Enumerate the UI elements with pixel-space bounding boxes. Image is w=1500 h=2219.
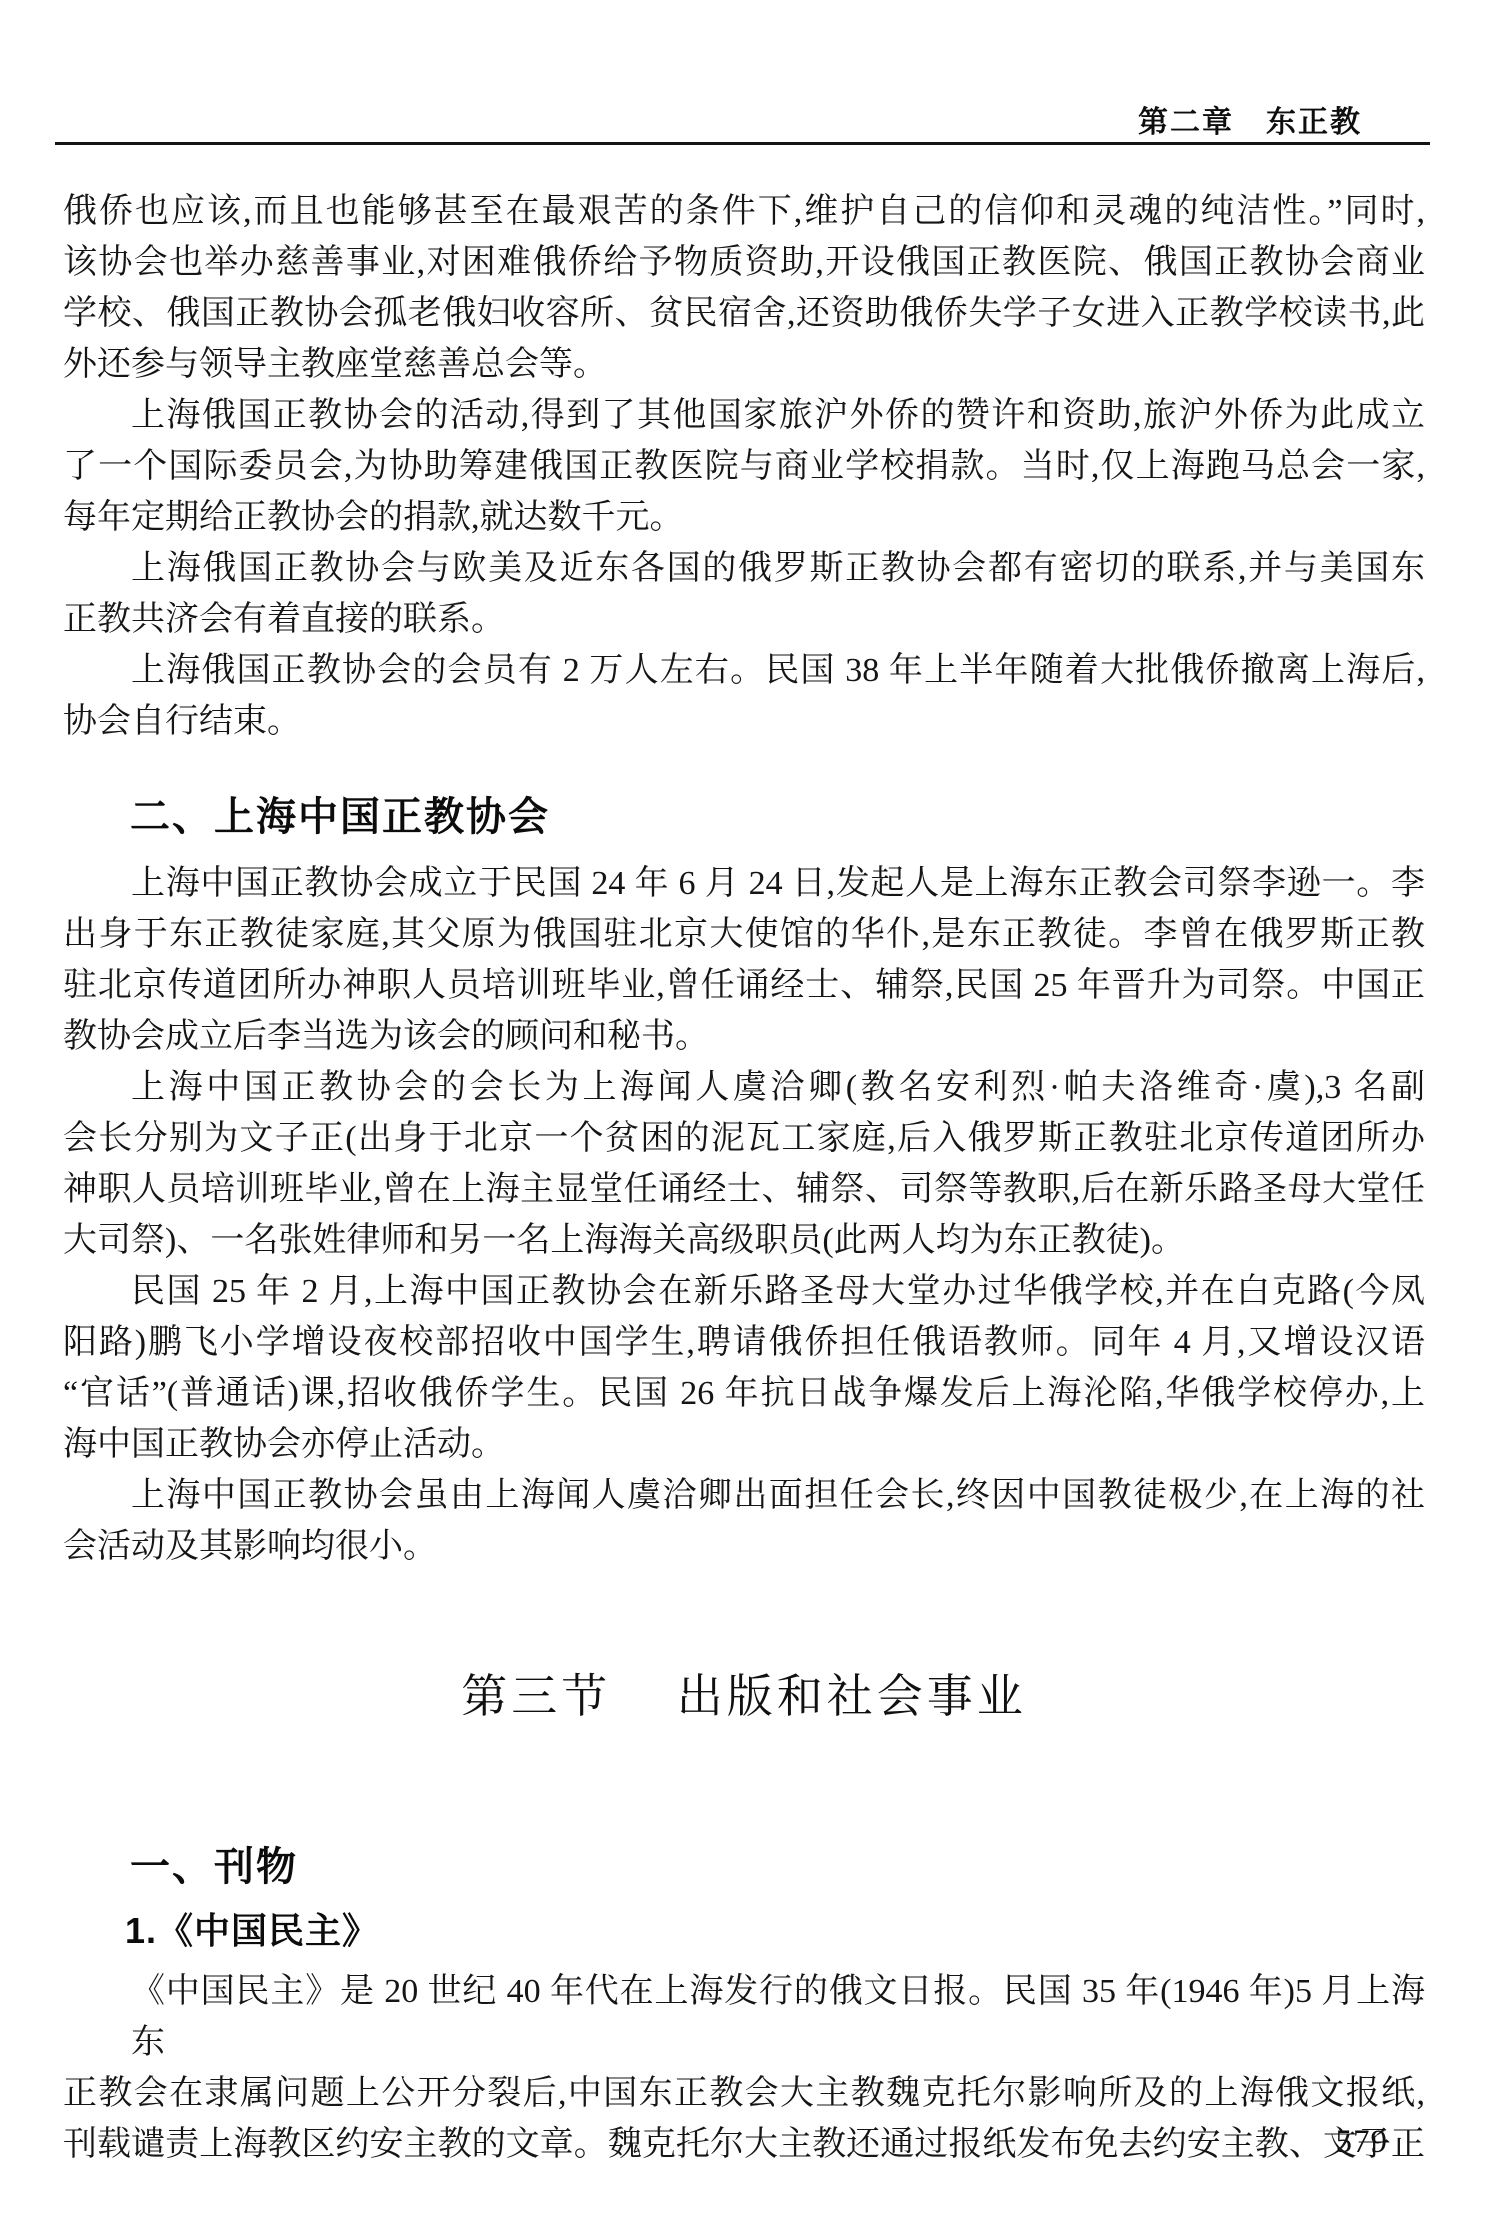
body-line: “官话”(普通话)课,招收俄侨学生。民国 26 年抗日战争爆发后上海沦陷,华俄学… — [63, 1368, 1425, 1419]
body-line: 刊载谴责上海教区约安主教的文章。魏克托尔大主教还通过报纸发布免去约安主教、文子正 — [63, 2119, 1425, 2170]
page-number: 579 — [1336, 2124, 1389, 2161]
body-line: 上海中国正教协会虽由上海闻人虞洽卿出面担任会长,终因中国教徒极少,在上海的社 — [63, 1470, 1425, 1521]
body-line: 学校、俄国正教协会孤老俄妇收容所、贫民宿舍,还资助俄侨失学子女进入正教学校读书,… — [63, 288, 1425, 339]
content: 俄侨也应该,而且也能够甚至在最艰苦的条件下,维护自己的信仰和灵魂的纯洁性。”同时… — [63, 186, 1425, 2170]
body-line: 每年定期给正教协会的捐款,就达数千元。 — [63, 492, 1425, 543]
body-line: 会长分别为文子正(出身于北京一个贫困的泥瓦工家庭,后入俄罗斯正教驻北京传道团所办 — [63, 1113, 1425, 1164]
body-line: 正教会在隶属问题上公开分裂后,中国东正教会大主教魏克托尔影响所及的上海俄文报纸, — [63, 2068, 1425, 2119]
body-line: 《中国民主》是 20 世纪 40 年代在上海发行的俄文日报。民国 35 年(19… — [63, 1966, 1425, 2068]
header-rule — [55, 142, 1430, 145]
body-line: 正教共济会有着直接的联系。 — [63, 594, 1425, 645]
body-line: 大司祭)、一名张姓律师和另一名上海海关高级职员(此两人均为东正教徒)。 — [63, 1215, 1425, 1266]
body-line: 上海中国正教协会的会长为上海闻人虞洽卿(教名安利烈·帕夫洛维奇·虞),3 名副 — [63, 1062, 1425, 1113]
body-line: 俄侨也应该,而且也能够甚至在最艰苦的条件下,维护自己的信仰和灵魂的纯洁性。”同时… — [63, 186, 1425, 237]
body-line: 民国 25 年 2 月,上海中国正教协会在新乐路圣母大堂办过华俄学校,并在白克路… — [63, 1266, 1425, 1317]
subsection-heading: 一、刊物 — [130, 1842, 1425, 1893]
body-line: 该协会也举办慈善事业,对困难俄侨给予物质资助,开设俄国正教医院、俄国正教协会商业 — [63, 237, 1425, 288]
section-heading: 第三节 出版和社会事业 — [63, 1666, 1425, 1728]
body-line: 海中国正教协会亦停止活动。 — [63, 1419, 1425, 1470]
body-line: 上海中国正教协会成立于民国 24 年 6 月 24 日,发起人是上海东正教会司祭… — [63, 858, 1425, 909]
body-line: 了一个国际委员会,为协助筹建俄国正教医院与商业学校捐款。当时,仅上海跑马总会一家… — [63, 441, 1425, 492]
body-line: 出身于东正教徒家庭,其父原为俄国驻北京大使馆的华仆,是东正教徒。李曾在俄罗斯正教 — [63, 909, 1425, 960]
running-head-chapter: 第二章 东正教 — [1138, 97, 1362, 141]
body-line: 教协会成立后李当选为该会的顾问和秘书。 — [63, 1011, 1425, 1062]
body-line: 驻北京传道团所办神职人员培训班毕业,曾任诵经士、辅祭,民国 25 年晋升为司祭。… — [63, 960, 1425, 1011]
body-line: 上海俄国正教协会的活动,得到了其他国家旅沪外侨的赞许和资助,旅沪外侨为此成立 — [63, 390, 1425, 441]
body-line: 协会自行结束。 — [63, 696, 1425, 747]
body-line: 阳路)鹏飞小学增设夜校部招收中国学生,聘请俄侨担任俄语教师。同年 4 月,又增设… — [63, 1317, 1425, 1368]
body-line: 神职人员培训班毕业,曾在上海主显堂任诵经士、辅祭、司祭等教职,后在新乐路圣母大堂… — [63, 1164, 1425, 1215]
item-heading: 1.《中国民主》 — [125, 1908, 1425, 1954]
subsection-heading: 二、上海中国正教协会 — [130, 792, 1425, 843]
book-page: 第二章 东正教 俄侨也应该,而且也能够甚至在最艰苦的条件下,维护自己的信仰和灵魂… — [0, 0, 1500, 2219]
body-line: 上海俄国正教协会的会员有 2 万人左右。民国 38 年上半年随着大批俄侨撤离上海… — [63, 645, 1425, 696]
body-line: 上海俄国正教协会与欧美及近东各国的俄罗斯正教协会都有密切的联系,并与美国东 — [63, 543, 1425, 594]
body-line: 会活动及其影响均很小。 — [63, 1521, 1425, 1572]
body-line: 外还参与领导主教座堂慈善总会等。 — [63, 339, 1425, 390]
